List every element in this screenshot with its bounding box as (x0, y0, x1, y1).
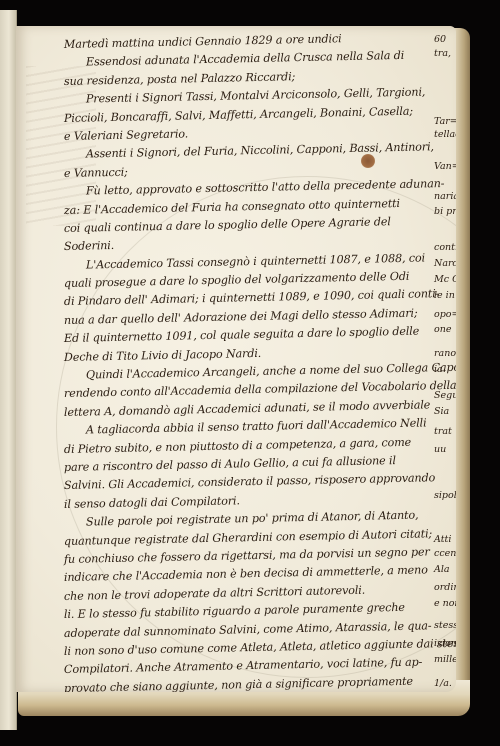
margin-note: one (434, 324, 451, 335)
manuscript-text: Martedì mattina undici Gennaio 1829 a or… (64, 36, 434, 692)
facing-page-edge (0, 10, 17, 730)
margin-note: naria (434, 191, 456, 202)
margin-note: stesse (434, 620, 456, 631)
margin-note: ccenti (434, 548, 456, 559)
margin-note: contro (434, 242, 456, 253)
margin-note: izion (434, 638, 456, 649)
margin-note: mille (434, 654, 456, 665)
margin-note: uu (434, 444, 446, 455)
margin-note: Sia (434, 406, 449, 417)
margin-note: bi pro (434, 206, 456, 217)
margin-note: Mc Odi (434, 274, 456, 285)
margin-note: Ala (434, 564, 450, 575)
margin-note: 1/a. (434, 678, 452, 689)
margin-note: ordini (434, 582, 456, 593)
margin-note: opo= (434, 309, 456, 320)
margin-note: e noi (434, 598, 456, 609)
margin-note: sipolo (434, 490, 456, 501)
folio-number: 60 (434, 34, 446, 45)
margin-note: Van= (434, 161, 456, 172)
margin-note: rano (434, 348, 456, 359)
margin-note: Nardi (434, 258, 456, 269)
margin-note: trat (434, 426, 452, 437)
margin-note: ia. (434, 364, 446, 375)
margin-note: tellae (434, 129, 456, 140)
manuscript-page: Martedì mattina undici Gennaio 1829 a or… (16, 26, 456, 692)
margin-note: Segui (434, 390, 456, 401)
margin-note: Tar= (434, 116, 456, 127)
margin-note: le in (434, 290, 455, 301)
margin-note: Atti (434, 534, 451, 545)
manuscript-photo: Martedì mattina undici Gennaio 1829 a or… (0, 0, 500, 746)
margin-note: tra, (434, 48, 451, 59)
